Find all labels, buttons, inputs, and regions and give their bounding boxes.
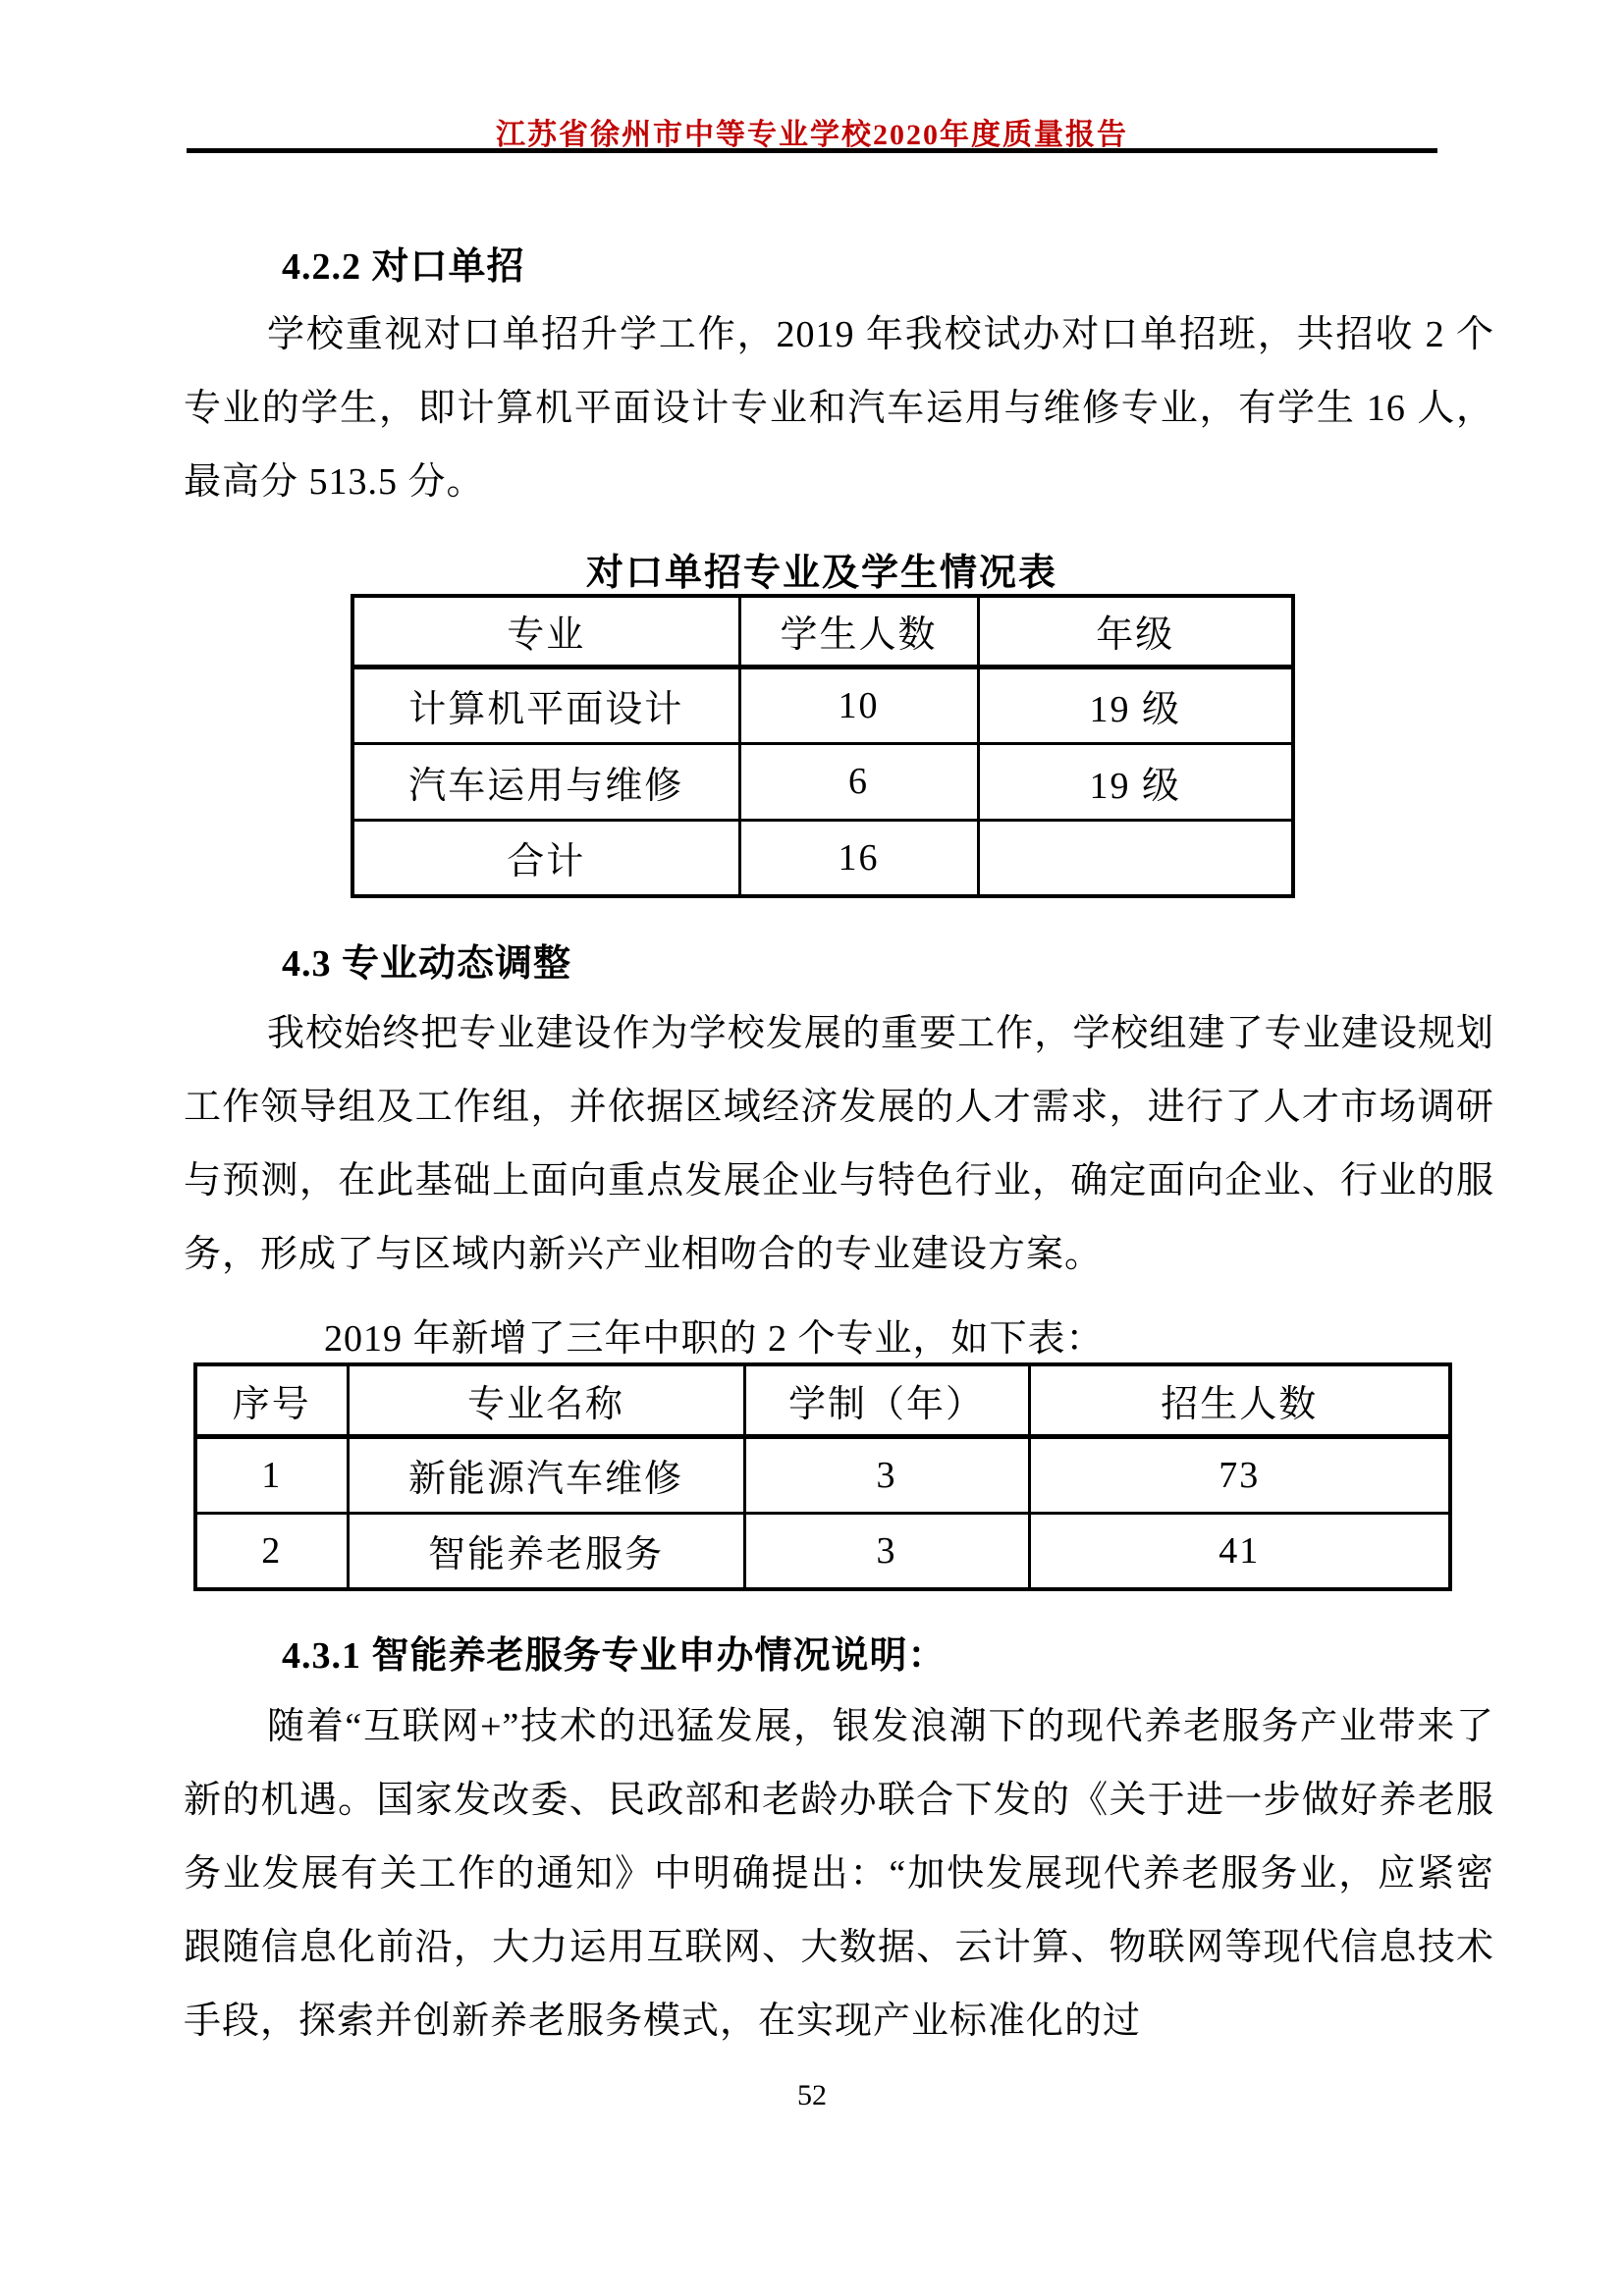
table-cell: 智能养老服务: [348, 1513, 744, 1589]
table-cell: [978, 820, 1293, 896]
table-cell: 16: [739, 820, 978, 896]
header-rule: [187, 148, 1437, 153]
paragraph-4-2-2: 学校重视对口单招升学工作，2019 年我校试办对口单招班，共招收 2 个专业的学…: [184, 298, 1494, 519]
table-header-cell: 专业: [352, 596, 739, 667]
paragraph-4-3-1: 随着“互联网+”技术的迅猛发展，银发浪潮下的现代养老服务产业带来了新的机遇。国家…: [184, 1690, 1494, 2058]
table-cell: 41: [1029, 1513, 1450, 1589]
table-header-cell: 年级: [978, 596, 1293, 667]
table-header-cell: 序号: [195, 1364, 348, 1436]
table-header-cell: 学制（年）: [744, 1364, 1029, 1436]
table-cell: 19 级: [978, 667, 1293, 743]
paragraph-4-3: 我校始终把专业建设作为学校发展的重要工作，学校组建了专业建设规划工作领导组及工作…: [184, 997, 1494, 1292]
section-heading-4-3: 4.3 专业动态调整: [282, 933, 571, 987]
table-header-cell: 专业名称: [348, 1364, 744, 1436]
table-row: 1 新能源汽车维修 3 73: [195, 1436, 1450, 1513]
table-header-row: 序号 专业名称 学制（年） 招生人数: [195, 1364, 1450, 1436]
table-cell: 73: [1029, 1436, 1450, 1513]
table-cell: 1: [195, 1436, 348, 1513]
section-heading-4-3-1: 4.3.1 智能养老服务专业申办情况说明：: [282, 1625, 947, 1679]
table-row: 计算机平面设计 10 19 级: [352, 667, 1293, 743]
table-new-majors: 序号 专业名称 学制（年） 招生人数 1 新能源汽车维修 3 73 2 智能养老…: [193, 1362, 1452, 1591]
table-cell: 3: [744, 1436, 1029, 1513]
table-cell: 新能源汽车维修: [348, 1436, 744, 1513]
table-row: 2 智能养老服务 3 41: [195, 1513, 1450, 1589]
table-cell: 计算机平面设计: [352, 667, 739, 743]
table1-title: 对口单招专业及学生情况表: [184, 542, 1460, 596]
document-page: 江苏省徐州市中等专业学校2020年度质量报告 4.2.2 对口单招 学校重视对口…: [0, 0, 1624, 2296]
table-header-row: 专业 学生人数 年级: [352, 596, 1293, 667]
table-header-cell: 学生人数: [739, 596, 978, 667]
document-header-title: 江苏省徐州市中等专业学校2020年度质量报告: [0, 110, 1624, 153]
table-row: 汽车运用与维修 6 19 级: [352, 743, 1293, 820]
table-cell: 19 级: [978, 743, 1293, 820]
table2-intro-line: 2019 年新增了三年中职的 2 个专业，如下表：: [324, 1308, 1105, 1362]
table-header-cell: 招生人数: [1029, 1364, 1450, 1436]
table-cell: 2: [195, 1513, 348, 1589]
table-cell: 6: [739, 743, 978, 820]
table-cell: 10: [739, 667, 978, 743]
table-cell: 3: [744, 1513, 1029, 1589]
table-cell: 合计: [352, 820, 739, 896]
page-number: 52: [0, 2079, 1624, 2112]
table-row: 合计 16: [352, 820, 1293, 896]
section-heading-4-2-2: 4.2.2 对口单招: [282, 236, 525, 290]
table-danzhao: 专业 学生人数 年级 计算机平面设计 10 19 级 汽车运用与维修 6 19 …: [351, 594, 1295, 898]
table-cell: 汽车运用与维修: [352, 743, 739, 820]
